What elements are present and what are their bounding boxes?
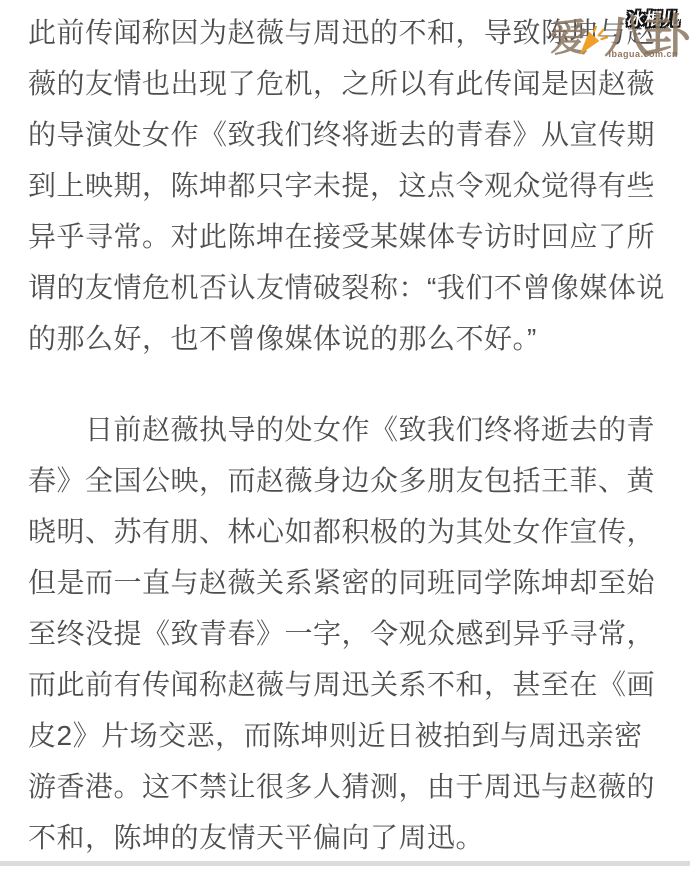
article-body: 此前传闻称因为赵薇与周迅的不和，导致陈坤与赵 薇的友情也出现了危机，之所以有此传… — [0, 0, 690, 863]
article-page: 此前传闻称因为赵薇与周迅的不和，导致陈坤与赵 薇的友情也出现了危机，之所以有此传… — [0, 0, 690, 869]
bottom-divider — [0, 861, 690, 866]
paragraph: 日前赵薇执导的处女作《致我们终将逝去的青 春》全国公映，而赵薇身边众多朋友包括王… — [28, 404, 690, 863]
paragraph: 此前传闻称因为赵薇与周迅的不和，导致陈坤与赵 薇的友情也出现了危机，之所以有此传… — [28, 7, 690, 364]
